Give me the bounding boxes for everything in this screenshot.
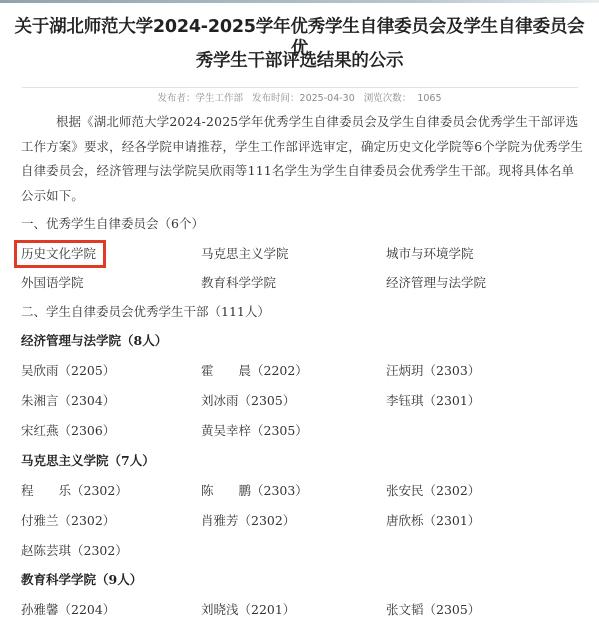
cadre-row: 宋红燕（2306） 黄吴幸梓（2305） <box>21 421 591 441</box>
cadre-row: 付雅兰（2302） 肖雅芳（2302） 唐欣栎（2301） <box>21 511 591 531</box>
publish-date: 发布时间：2025-04-30 <box>252 93 355 104</box>
committee-item: 马克思主义学院 <box>201 244 289 264</box>
cadre-item: 孙雅馨（2204） <box>21 600 115 620</box>
committee-row: 历史文化学院 马克思主义学院 城市与环境学院 <box>21 244 591 264</box>
cadre-item: 肖雅芳（2302） <box>201 511 295 531</box>
page-title-line2: 秀学生干部评选结果的公示 <box>10 50 589 72</box>
group-heading: 经济管理与法学院（8人） <box>21 331 167 351</box>
section1-heading: 一、优秀学生自律委员会（6个） <box>21 214 204 234</box>
cadre-item: 霍 晨（2202） <box>201 361 308 381</box>
cadre-item: 宋红燕（2306） <box>21 421 115 441</box>
cadre-item: 朱湘言（2304） <box>21 391 115 411</box>
cadre-row: 程 乐（2302） 陈 鹏（2303） 张安民（2302） <box>21 481 591 501</box>
intro-paragraph: 根据《湖北师范大学2024-2025学年优秀学生自律委员会及学生自律委员会优秀学… <box>21 110 586 208</box>
committee-item: 外国语学院 <box>21 273 84 293</box>
cadre-item: 陈 鹏（2303） <box>201 481 308 501</box>
committee-item: 城市与环境学院 <box>386 244 474 264</box>
cadre-item: 唐欣栎（2301） <box>386 511 480 531</box>
group-heading: 马克思主义学院（7人） <box>21 451 155 471</box>
cadre-row: 吴欣雨（2205） 霍 晨（2202） 汪炳玥（2303） <box>21 361 591 381</box>
cadre-item: 张安民（2302） <box>386 481 480 501</box>
cadre-item: 刘冰雨（2305） <box>201 391 295 411</box>
cadre-item: 刘晓浅（2201） <box>201 600 295 620</box>
views-count: 1065 <box>417 93 441 104</box>
cadre-row: 孙雅馨（2204） 刘晓浅（2201） 张文韬（2305） <box>21 600 591 620</box>
top-accent-bar <box>0 0 599 3</box>
publisher: 发布者：学生工作部 <box>158 93 244 104</box>
cadre-item: 程 乐（2302） <box>21 481 128 501</box>
cadre-row: 赵陈芸琪（2302） <box>21 541 591 561</box>
title-divider <box>22 87 578 88</box>
cadre-item: 李钰琪（2301） <box>386 391 480 411</box>
committee-item: 教育科学学院 <box>201 273 276 293</box>
committee-item: 历史文化学院 <box>21 244 96 264</box>
cadre-item: 汪炳玥（2303） <box>386 361 480 381</box>
article-meta: 发布者：学生工作部 发布时间：2025-04-30 浏览次数：1065 <box>0 90 599 104</box>
group-heading: 教育科学学院（9人） <box>21 570 142 590</box>
cadre-item: 张文韬（2305） <box>386 600 480 620</box>
cadre-item: 赵陈芸琪（2302） <box>21 541 128 561</box>
committee-item: 经济管理与法学院 <box>386 273 486 293</box>
cadre-item: 吴欣雨（2205） <box>21 361 115 381</box>
cadre-row: 朱湘言（2304） 刘冰雨（2305） 李钰琪（2301） <box>21 391 591 411</box>
committee-row: 外国语学院 教育科学学院 经济管理与法学院 <box>21 273 591 293</box>
cadre-item: 黄吴幸梓（2305） <box>201 421 308 441</box>
views-label: 浏览次数： <box>364 93 412 104</box>
cadre-item: 付雅兰（2302） <box>21 511 115 531</box>
section2-heading: 二、学生自律委员会优秀学生干部（111人） <box>21 302 270 322</box>
